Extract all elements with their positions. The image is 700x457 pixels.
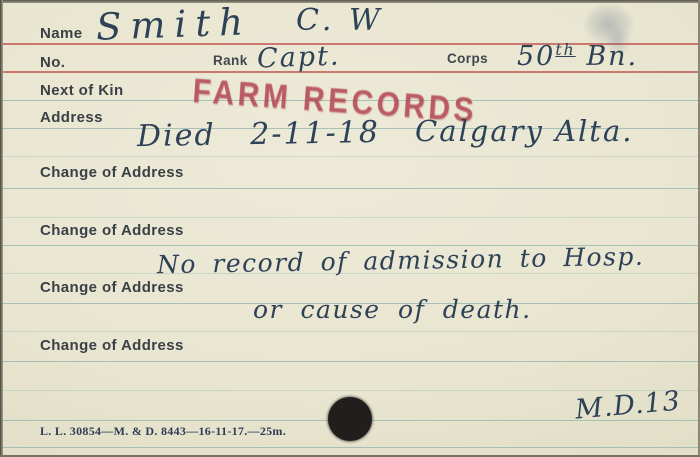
handwritten-district-code: M.D.13 [574,387,682,423]
field-label-corps: Corps [447,51,488,66]
card-edge-left [0,0,3,457]
corps-number: 50 [517,41,555,72]
ruled-line [0,390,700,391]
ruled-line [0,361,700,362]
ruled-line [0,188,700,189]
field-label-change-of-address-2: Change of Address [40,222,184,239]
field-label-next-of-kin: Next of Kin [40,82,124,99]
handwritten-death-date: Died 2-11-18 [137,118,380,152]
ink-smudge [581,5,643,53]
ruled-line [0,447,700,448]
field-label-name: Name [40,25,82,42]
corps-ordinal: th [555,40,575,59]
card-edge-top [0,0,700,3]
ruled-line [0,156,700,157]
field-label-rank: Rank [213,53,248,68]
field-label-change-of-address-1: Change of Address [40,164,184,181]
handwritten-death-place: Calgary Alta. [415,117,633,146]
field-label-no: No. [40,54,65,71]
handwritten-rank: Capt. [257,43,341,73]
print-code: L. L. 30854—M. & D. 8443—16-11-17.—25m. [40,424,286,439]
field-label-address: Address [40,109,103,126]
field-label-change-of-address-3: Change of Address [40,279,184,296]
handwritten-note-line2: or cause of death. [253,297,532,322]
handwritten-surname: Smith [95,3,252,45]
field-label-change-of-address-4: Change of Address [40,337,184,354]
record-card: Name No. Rank Corps Next of Kin Address … [0,0,700,457]
handwritten-initials: C. W [296,6,384,36]
hole-punch [328,397,372,441]
ruled-line [0,217,700,218]
ruled-line [0,331,700,332]
